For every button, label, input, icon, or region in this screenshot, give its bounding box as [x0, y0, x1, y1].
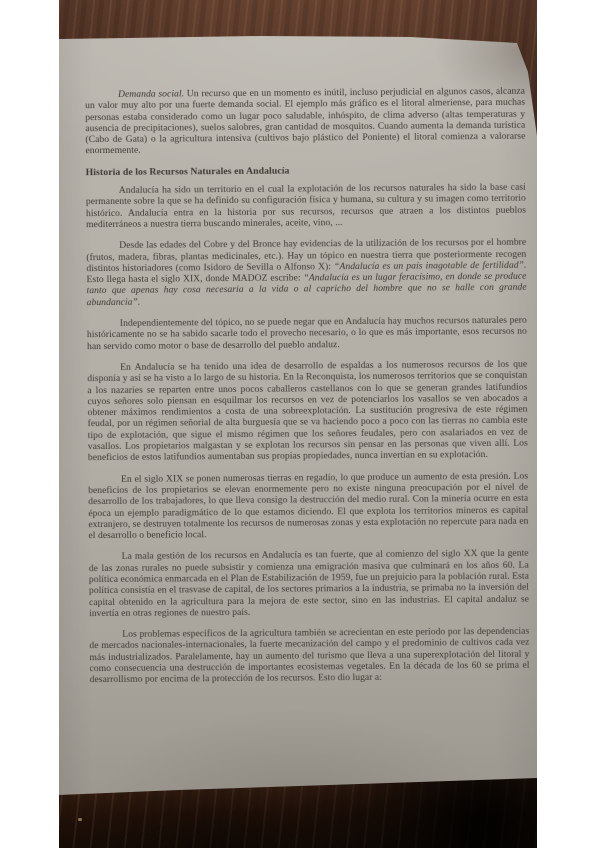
document-photo: Demanda social. Un recurso que en un mom…: [59, 0, 537, 848]
document-paragraph: Los problemas específicos de la agricult…: [89, 626, 529, 686]
document-paragraph: Independientemente del tópico, no se pue…: [87, 315, 527, 352]
text-segment: En el siglo XIX se ponen numerosas tierr…: [88, 470, 528, 541]
text-segment: Los problemas específicos de la agricult…: [89, 626, 529, 686]
document-text-block: Demanda social. Un recurso que en un mom…: [85, 86, 530, 696]
document-paragraph: Andalucía ha sido un territorio en el cu…: [86, 182, 526, 231]
intro-paragraph: Demanda social. Un recurso que en un mom…: [85, 86, 526, 157]
text-segment: La mala gestión de los recursos en Andal…: [89, 548, 529, 619]
wood-speck: [78, 818, 82, 821]
text-segment: Andalucía ha sido un territorio en el cu…: [86, 182, 526, 230]
document-paragraph: En Andalucía se ha tenido una idea de de…: [87, 359, 528, 464]
document-paragraph: Desde las edades del Cobre y del Bronce …: [86, 237, 527, 308]
document-paragraph: En el siglo XIX se ponen numerosas tierr…: [88, 470, 529, 541]
text-segment: En Andalucía se ha tenido una idea de de…: [87, 359, 528, 464]
document-heading: Historia de los Recursos Naturales en An…: [86, 163, 526, 178]
body-paragraphs: Andalucía ha sido un territorio en el cu…: [86, 182, 530, 686]
screenshot-canvas: Demanda social. Un recurso que en un mom…: [0, 0, 599, 848]
document-paragraph: La mala gestión de los recursos en Andal…: [89, 548, 530, 619]
paper-sheet: Demanda social. Un recurso que en un mom…: [59, 36, 537, 796]
italic-text-segment: Demanda social.: [118, 88, 184, 100]
text-segment: Independientemente del tópico, no se pue…: [87, 315, 527, 352]
